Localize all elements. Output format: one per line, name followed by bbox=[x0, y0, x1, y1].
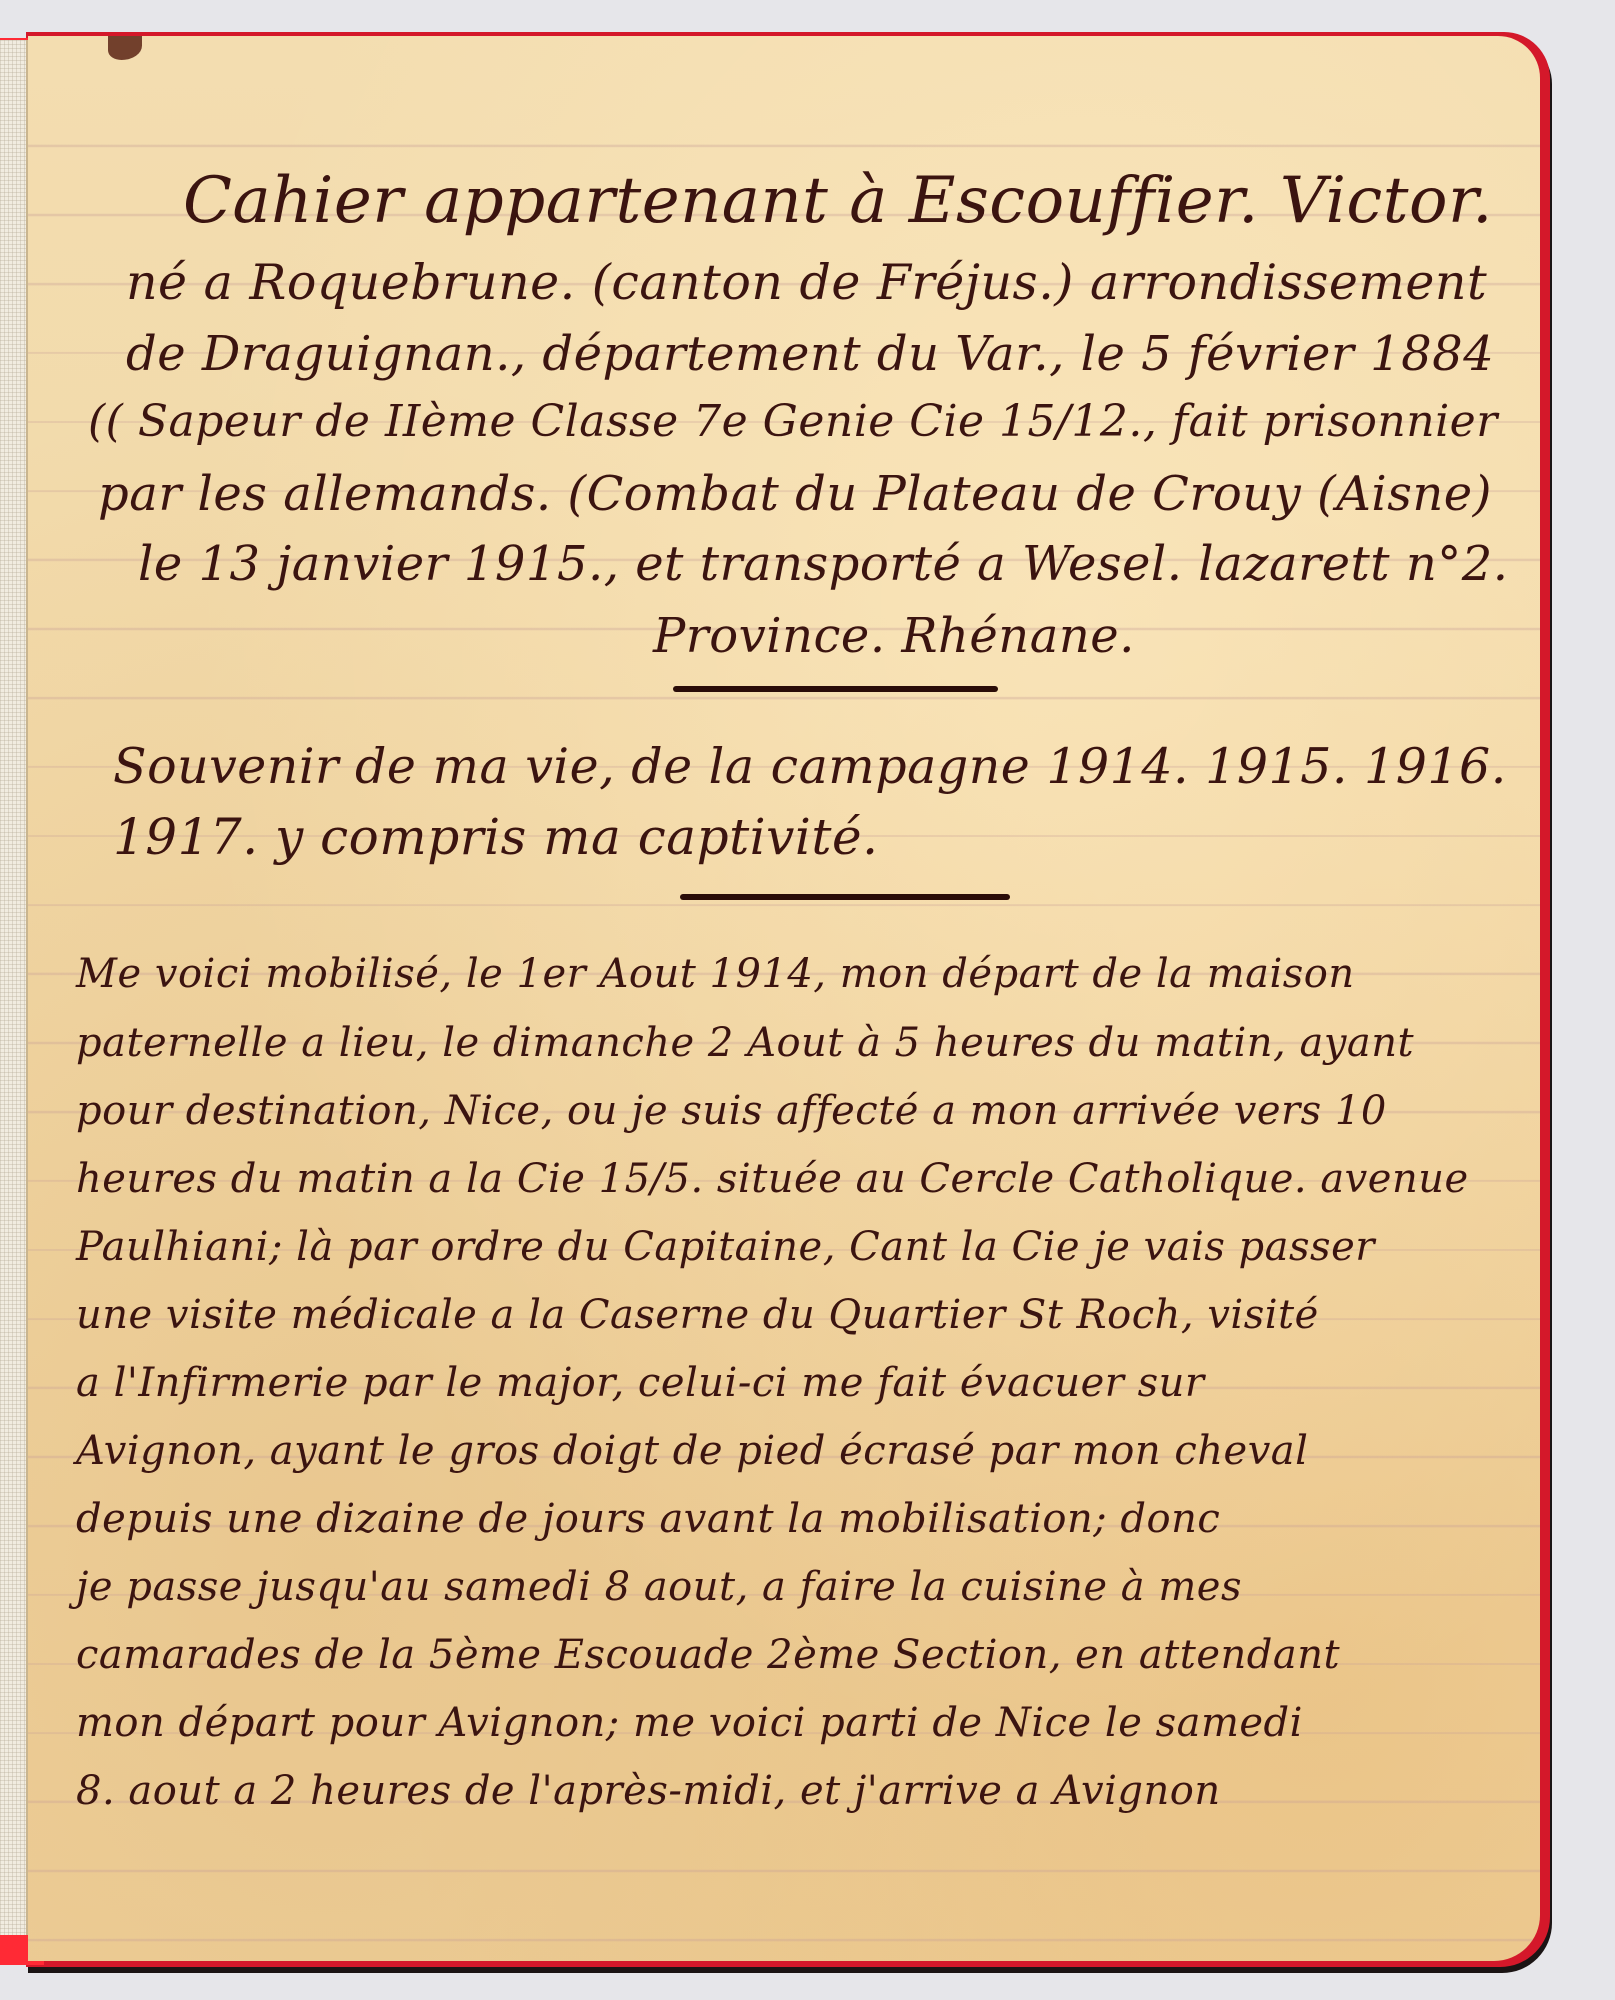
body-line-2: paternelle a lieu, le dimanche 2 Aout à … bbox=[76, 1020, 1414, 1066]
body-line-9: depuis une dizaine de jours avant la mob… bbox=[76, 1496, 1220, 1542]
body-line-7: a l'Infirmerie par le major, celui-ci me… bbox=[76, 1360, 1205, 1406]
header-line-3: de Draguignan., département du Var., le … bbox=[126, 326, 1494, 382]
divider-rule-1 bbox=[673, 686, 998, 692]
header-line-6: le 13 janvier 1915., et transporté a Wes… bbox=[138, 536, 1509, 592]
body-line-1: Me voici mobilisé, le 1er Aout 1914, mon… bbox=[76, 951, 1355, 997]
body-line-6: une visite médicale a la Caserne du Quar… bbox=[76, 1292, 1319, 1338]
header-line-4: (( Sapeur de IIème Classe 7e Genie Cie 1… bbox=[88, 396, 1498, 447]
ink-stain bbox=[108, 36, 142, 60]
body-line-10: je passe jusqu'au samedi 8 aout, a faire… bbox=[76, 1564, 1242, 1610]
body-line-3: pour destination, Nice, ou je suis affec… bbox=[76, 1088, 1387, 1134]
body-line-13: 8. aout a 2 heures de l'après-midi, et j… bbox=[76, 1768, 1221, 1814]
divider-rule-2 bbox=[680, 894, 1010, 900]
notebook-page: Cahier appartenant à Escouffier. Victor.… bbox=[28, 36, 1540, 1961]
cloth-binding bbox=[0, 40, 28, 1965]
subtitle-line-2: 1917. y compris ma captivité. bbox=[113, 808, 878, 866]
header-line-1: Cahier appartenant à Escouffier. Victor. bbox=[183, 164, 1493, 238]
body-line-8: Avignon, ayant le gros doigt de pied écr… bbox=[76, 1428, 1308, 1474]
scanned-notebook: Cahier appartenant à Escouffier. Victor.… bbox=[0, 0, 1615, 2000]
header-line-7: Province. Rhénane. bbox=[653, 608, 1135, 664]
header-line-5: par les allemands. (Combat du Plateau de… bbox=[98, 466, 1492, 522]
subtitle-line-1: Souvenir de ma vie, de la campagne 1914.… bbox=[113, 738, 1507, 795]
body-line-5: Paulhiani; là par ordre du Capitaine, Ca… bbox=[76, 1224, 1375, 1270]
body-line-11: camarades de la 5ème Escouade 2ème Secti… bbox=[76, 1632, 1340, 1678]
body-line-4: heures du matin a la Cie 15/5. située au… bbox=[76, 1156, 1469, 1202]
body-line-12: mon départ pour Avignon; me voici parti … bbox=[76, 1700, 1303, 1746]
header-line-2: né a Roquebrune. (canton de Fréjus.) arr… bbox=[126, 254, 1487, 311]
